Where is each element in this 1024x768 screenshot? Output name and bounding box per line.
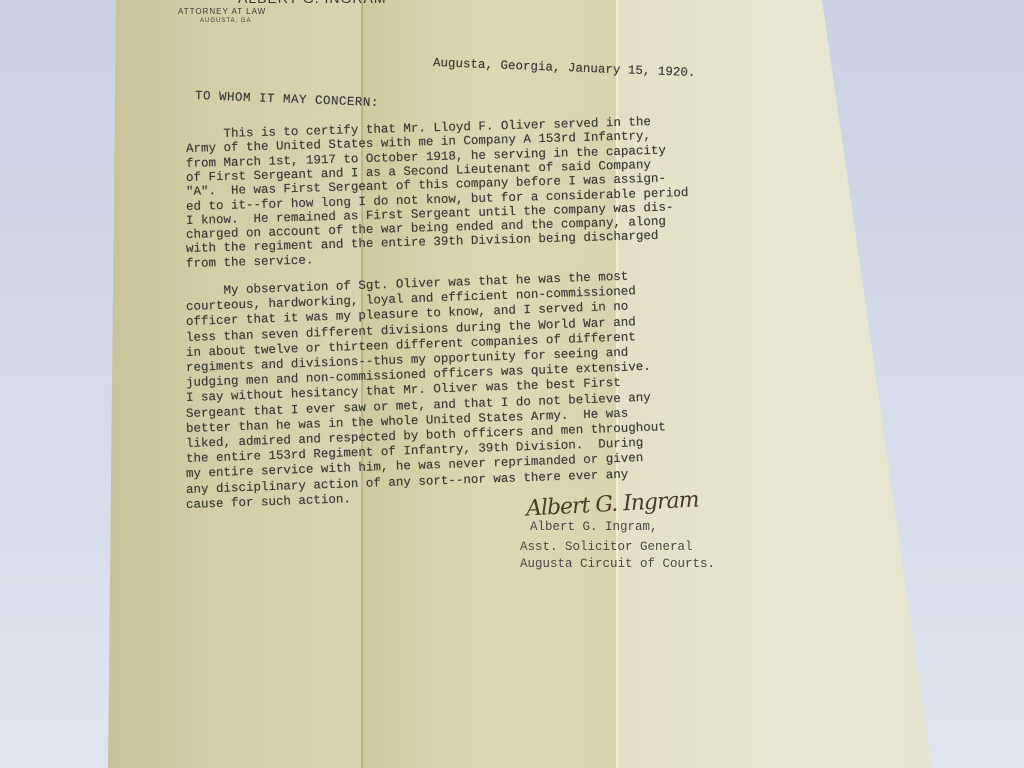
paper-panel-right [617, 0, 937, 768]
signature-title: Asst. Solicitor General [520, 540, 693, 554]
letterhead-place: AUGUSTA, GA [200, 18, 252, 24]
letterhead-name: ALBERT G. INGRAM [238, 0, 387, 6]
signature-office: Augusta Circuit of Courts. [520, 557, 715, 571]
letterhead-title: ATTORNEY AT LAW [178, 7, 266, 16]
signature-name: Albert G. Ingram, [530, 520, 658, 534]
letter-document: ALBERT G. INGRAM ATTORNEY AT LAW AUGUSTA… [0, 0, 1024, 768]
